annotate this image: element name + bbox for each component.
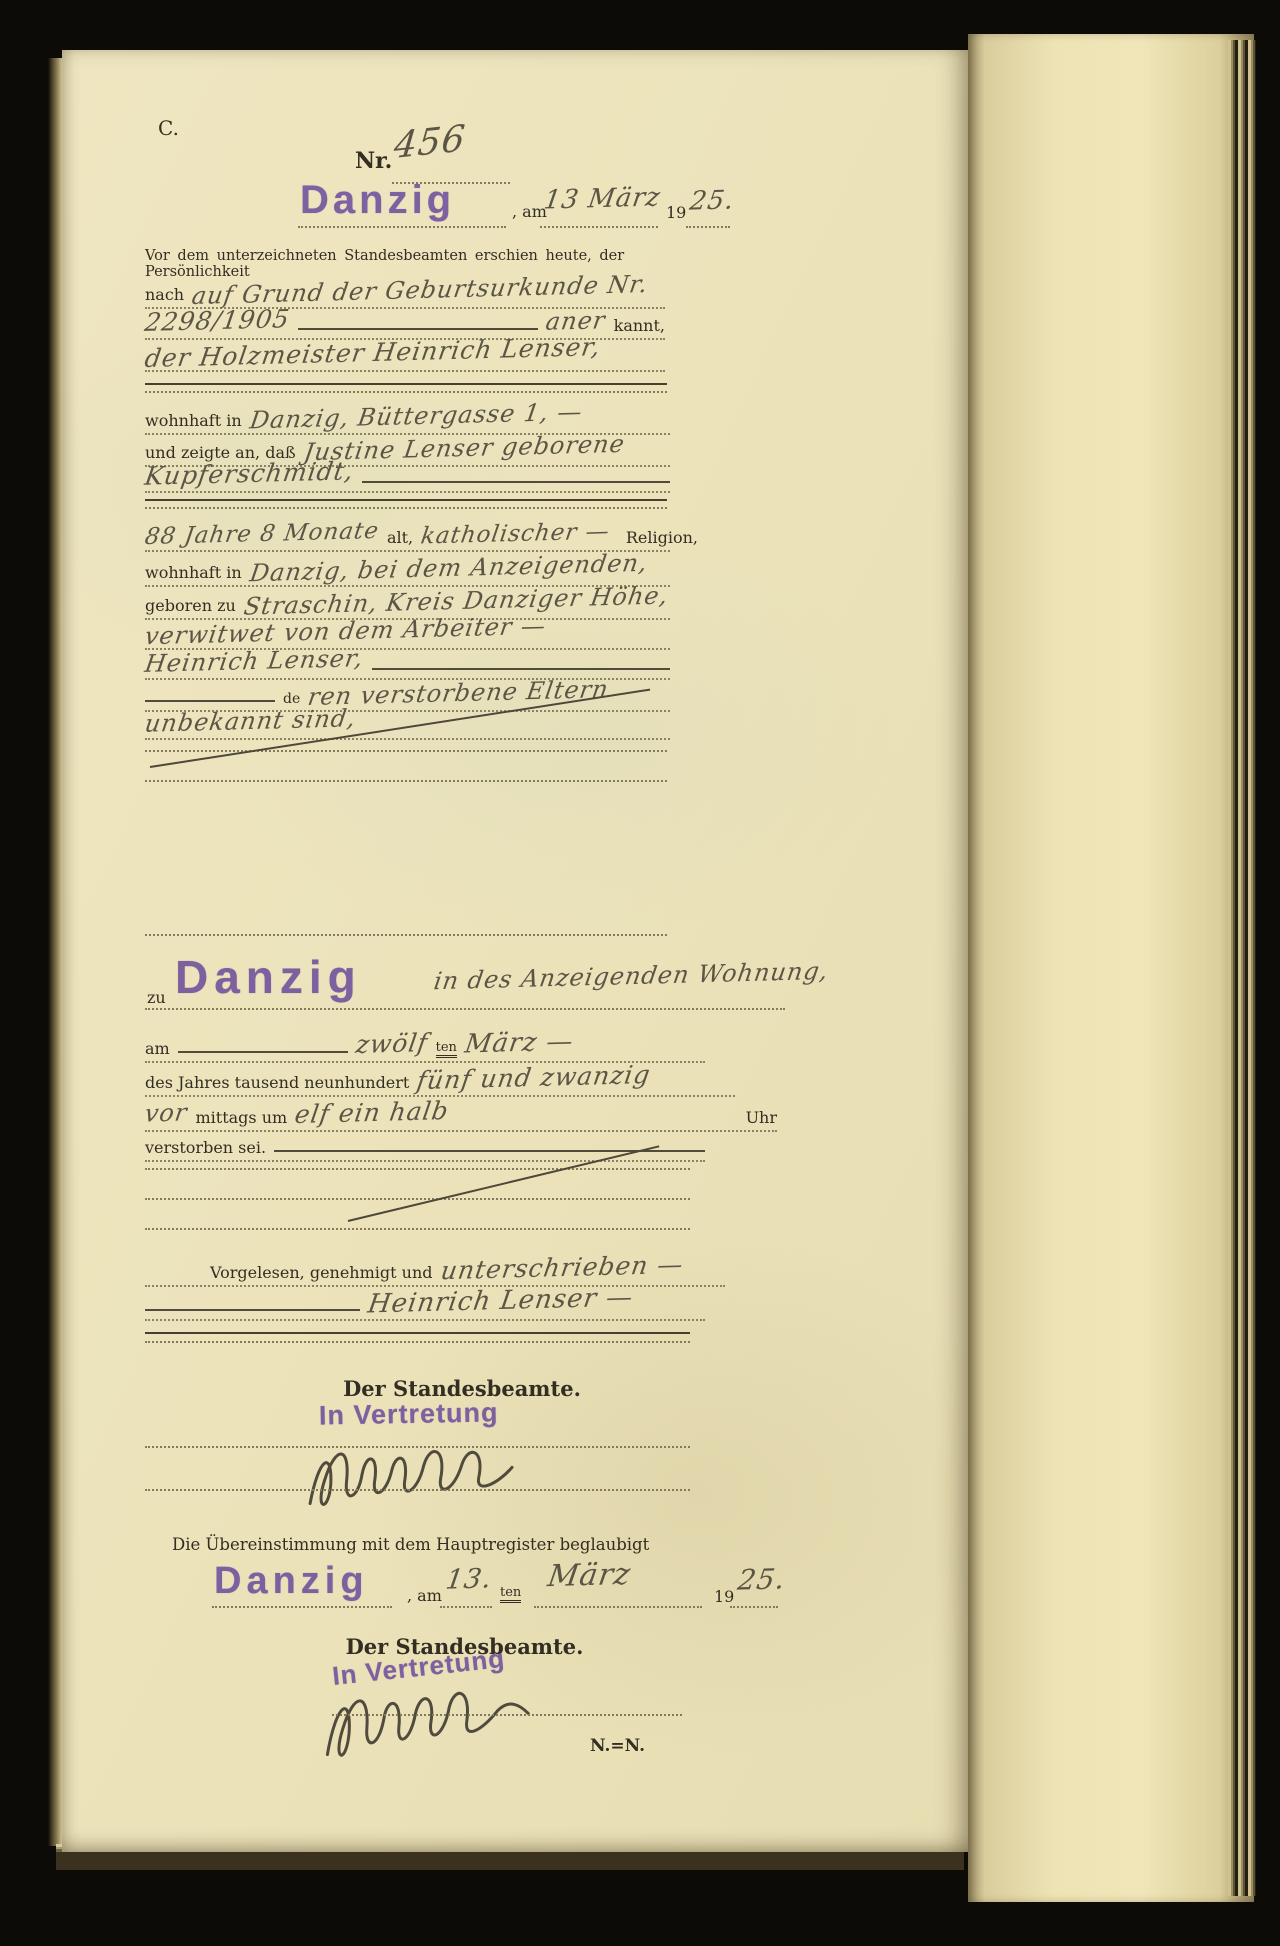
form-line: des Jahres tausend neunhundert fünf und … [145, 1063, 735, 1097]
form-line: verstorben sei. [145, 1138, 705, 1162]
danzig-place-stamp-top: Danzig [300, 178, 455, 223]
certification-statement: Die Übereinstimmung mit dem Hauptregiste… [172, 1535, 732, 1557]
danzig-place-stamp-middle: Danzig [175, 950, 362, 1004]
form-line: nach auf Grund der Geburtsurkunde Nr. [145, 276, 665, 309]
printed-text: alt, [387, 528, 413, 547]
dotted-fill-line [540, 226, 658, 228]
handwritten-text: Danzig, Büttergasse 1, — [248, 398, 585, 435]
printed-text: de [283, 691, 300, 707]
zu-label: zu [147, 988, 166, 1007]
printed-text: wohnhaft in [145, 563, 242, 582]
dotted-fill-line [145, 1198, 690, 1200]
form-letter-c: C. [158, 116, 179, 140]
handwritten-text: fünf und zwanzig [415, 1060, 653, 1095]
handwritten-text: der Holzmeister Heinrich Lenser, [143, 332, 603, 373]
record-number-handwritten: 456 [392, 118, 468, 167]
dotted-fill-line [145, 750, 667, 752]
printed-text: Religion, [626, 528, 698, 547]
printed-text: geboren zu [145, 596, 236, 615]
handwritten-text: elf ein halb [293, 1096, 451, 1129]
dotted-fill-line [534, 1606, 702, 1608]
handwritten-text: Heinrich Lenser, [143, 644, 366, 678]
printed-text: Die Übereinstimmung mit dem Hauptregiste… [172, 1535, 649, 1554]
page-stack-edge-right [1228, 40, 1256, 1896]
dotted-fill-line [145, 391, 667, 393]
strike-fill-line [145, 700, 275, 702]
nr-label: Nr. [355, 148, 392, 174]
printed-text: Uhr [746, 1108, 777, 1127]
year-printed: 19 [666, 203, 686, 222]
am-label: , am [407, 1586, 442, 1605]
dotted-fill-line [212, 1606, 392, 1608]
dotted-fill-line [145, 934, 667, 936]
dotted-fill-line [145, 1489, 690, 1491]
danzig-place-stamp-bottom: Danzig [214, 1560, 369, 1603]
month-handwritten: März [545, 1557, 633, 1594]
form-line: der Holzmeister Heinrich Lenser, [145, 338, 665, 372]
handwritten-text: vor [143, 1098, 190, 1127]
section-rule [145, 499, 667, 501]
dotted-fill-line [145, 1008, 785, 1010]
death-record-page: C. Nr. 456 Danzig , am 13 März 19 25. Vo… [62, 50, 968, 1852]
printed-text: nach [145, 285, 184, 304]
printed-text: kannt, [614, 316, 665, 335]
strike-fill-line [372, 668, 670, 670]
nebenregister-footnote: N.=N. [590, 1736, 645, 1756]
printed-text: verstorben sei. [145, 1138, 266, 1157]
day-handwritten: 13. [444, 1563, 495, 1595]
handwritten-text: unterschrieben — [438, 1250, 685, 1285]
printed-text: mittags um [195, 1108, 287, 1127]
strike-fill-line [298, 328, 539, 330]
handwritten-text: 88 Jahre 8 Monate [143, 518, 381, 550]
year-handwritten: 25. [736, 1562, 788, 1596]
ten-suffix-label: ten [500, 1586, 521, 1603]
dotted-fill-line [145, 1168, 690, 1170]
strike-fill-line [178, 1051, 348, 1053]
printed-text: Vorgelesen, genehmigt und [210, 1263, 433, 1282]
section-rule [145, 383, 667, 385]
dotted-fill-line [145, 780, 667, 782]
section-rule [145, 1332, 690, 1334]
dotted-fill-line [332, 1714, 682, 1716]
form-line: 88 Jahre 8 Monate alt, katholischer — Re… [145, 521, 670, 552]
printed-text: am [145, 1039, 170, 1058]
handwritten-text: 2298/1905 [143, 304, 292, 337]
scanned-register-book: C. Nr. 456 Danzig , am 13 März 19 25. Vo… [0, 0, 1280, 1946]
dotted-fill-line [730, 1606, 778, 1608]
form-line: Kupferschmidt, [145, 459, 670, 493]
date-handwritten: 13 März [542, 182, 663, 215]
year-printed: 19 [714, 1587, 734, 1606]
handwritten-text: Danzig, bei dem Anzeigenden, [248, 549, 650, 588]
dotted-fill-line [145, 1341, 690, 1343]
form-line: vor mittags um elf ein halb Uhr [145, 1098, 777, 1132]
official-signature-top [297, 1422, 537, 1518]
strike-fill-line [362, 481, 670, 483]
handwritten-text: zwölf [354, 1028, 430, 1059]
strike-fill-line [145, 1309, 360, 1311]
form-line: Vorgelesen, genehmigt und unterschrieben… [145, 1253, 725, 1287]
form-line: wohnhaft in Danzig, bei dem Anzeigenden, [145, 554, 670, 587]
dotted-fill-line [440, 1606, 492, 1608]
handwritten-text: unbekannt sind, [143, 704, 358, 738]
form-line: verwitwet von dem Arbeiter — [145, 617, 670, 650]
dotted-fill-line [686, 226, 730, 228]
year-handwritten: 25. [688, 185, 737, 216]
handwritten-text: in des Anzeigenden Wohnung, [432, 957, 831, 995]
dotted-fill-line [298, 226, 506, 228]
handwritten-text: März — [463, 1027, 576, 1060]
dotted-fill-line [145, 507, 667, 509]
form-line: am zwölf ten März — [145, 1028, 705, 1063]
handwritten-text: Kupferschmidt, [143, 456, 356, 491]
declarant-signature: Heinrich Lenser — [366, 1282, 636, 1319]
form-line: unbekannt sind, [145, 707, 670, 740]
dotted-fill-line [145, 1228, 690, 1230]
printed-text: wohnhaft in [145, 411, 242, 430]
form-line: Heinrich Lenser — [145, 1286, 705, 1321]
printed-text: des Jahres tausend neunhundert [145, 1073, 409, 1092]
next-page-edge [968, 34, 1254, 1902]
ten-suffix-label: ten [436, 1041, 457, 1058]
handwritten-text: katholischer — [419, 518, 612, 549]
